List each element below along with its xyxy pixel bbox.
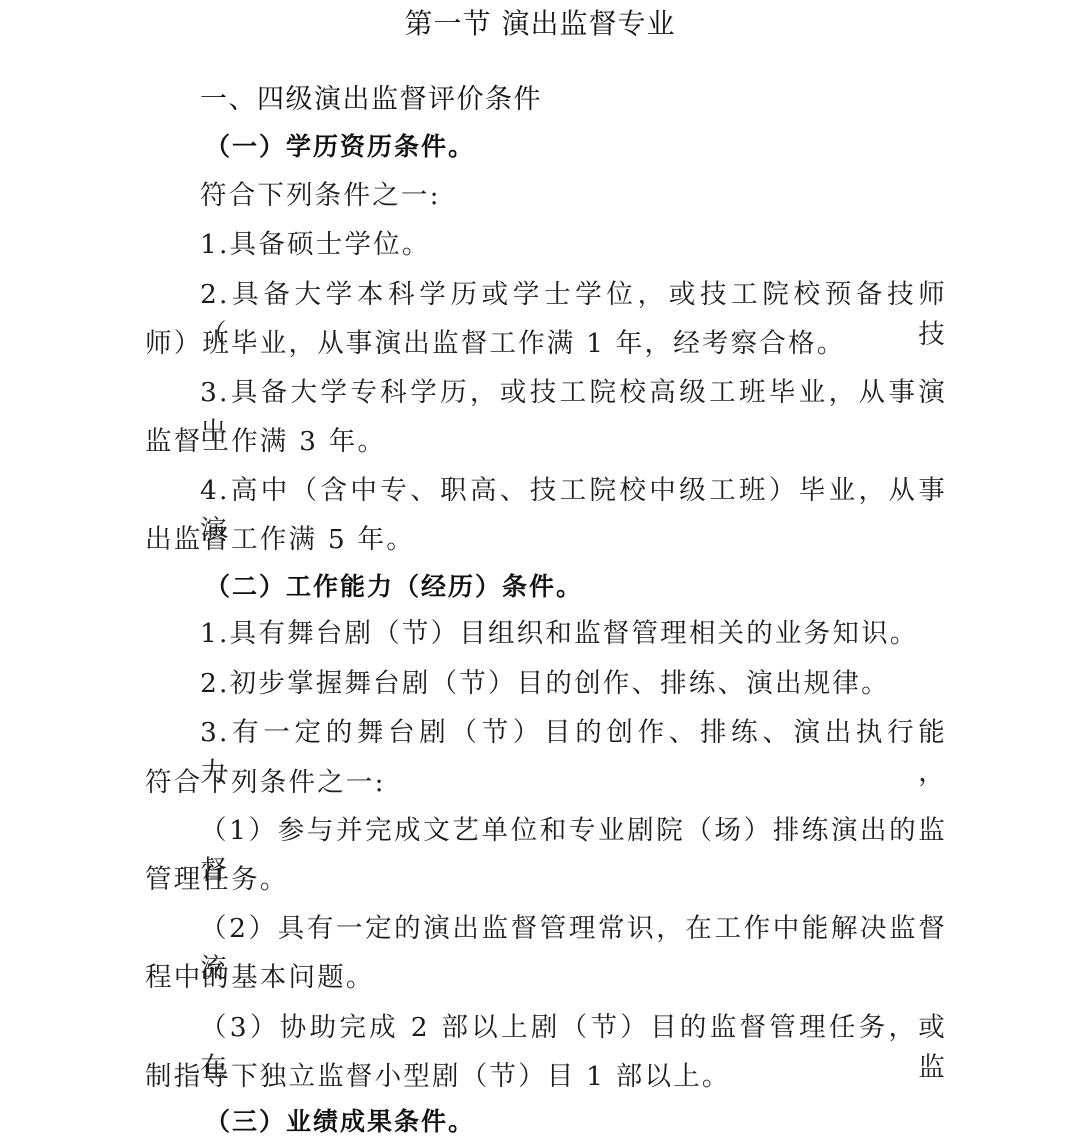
page-title: 第一节 演出监督专业	[0, 4, 1080, 44]
document-page: 第一节 演出监督专业 一、四级演出监督评价条件 （一）学历资历条件。 符合下列条…	[0, 0, 1080, 1147]
ability-subitem-2-line2: 程中的基本问题。	[145, 958, 947, 998]
ability-subitem-3-line2: 制指导下独立监督小型剧（节）目 1 部以上。	[145, 1057, 947, 1097]
section-heading: 一、四级演出监督评价条件	[200, 80, 947, 120]
subsection-heading-education: （一）学历资历条件。	[205, 127, 1007, 167]
list-item-3-line2: 监督工作满 3 年。	[145, 422, 947, 462]
ability-subitem-1-line2: 管理任务。	[145, 860, 947, 900]
paragraph-intro: 符合下列条件之一:	[200, 176, 947, 216]
ability-item-3-line2: 符合下列条件之一:	[145, 763, 947, 803]
list-item-1-line1: 1.具备硕士学位。	[200, 225, 947, 265]
list-item-2-line2: 师）班毕业，从事演出监督工作满 1 年，经考察合格。	[145, 324, 947, 364]
subsection-heading-ability: （二）工作能力（经历）条件。	[205, 567, 1007, 607]
ability-item-2: 2.初步掌握舞台剧（节）目的创作、排练、演出规律。	[200, 664, 947, 704]
subsection-heading-achievements: （三）业绩成果条件。	[205, 1102, 1007, 1142]
ability-item-1: 1.具有舞台剧（节）目组织和监督管理相关的业务知识。	[200, 614, 947, 654]
list-item-4-line2: 出监督工作满 5 年。	[145, 520, 947, 560]
